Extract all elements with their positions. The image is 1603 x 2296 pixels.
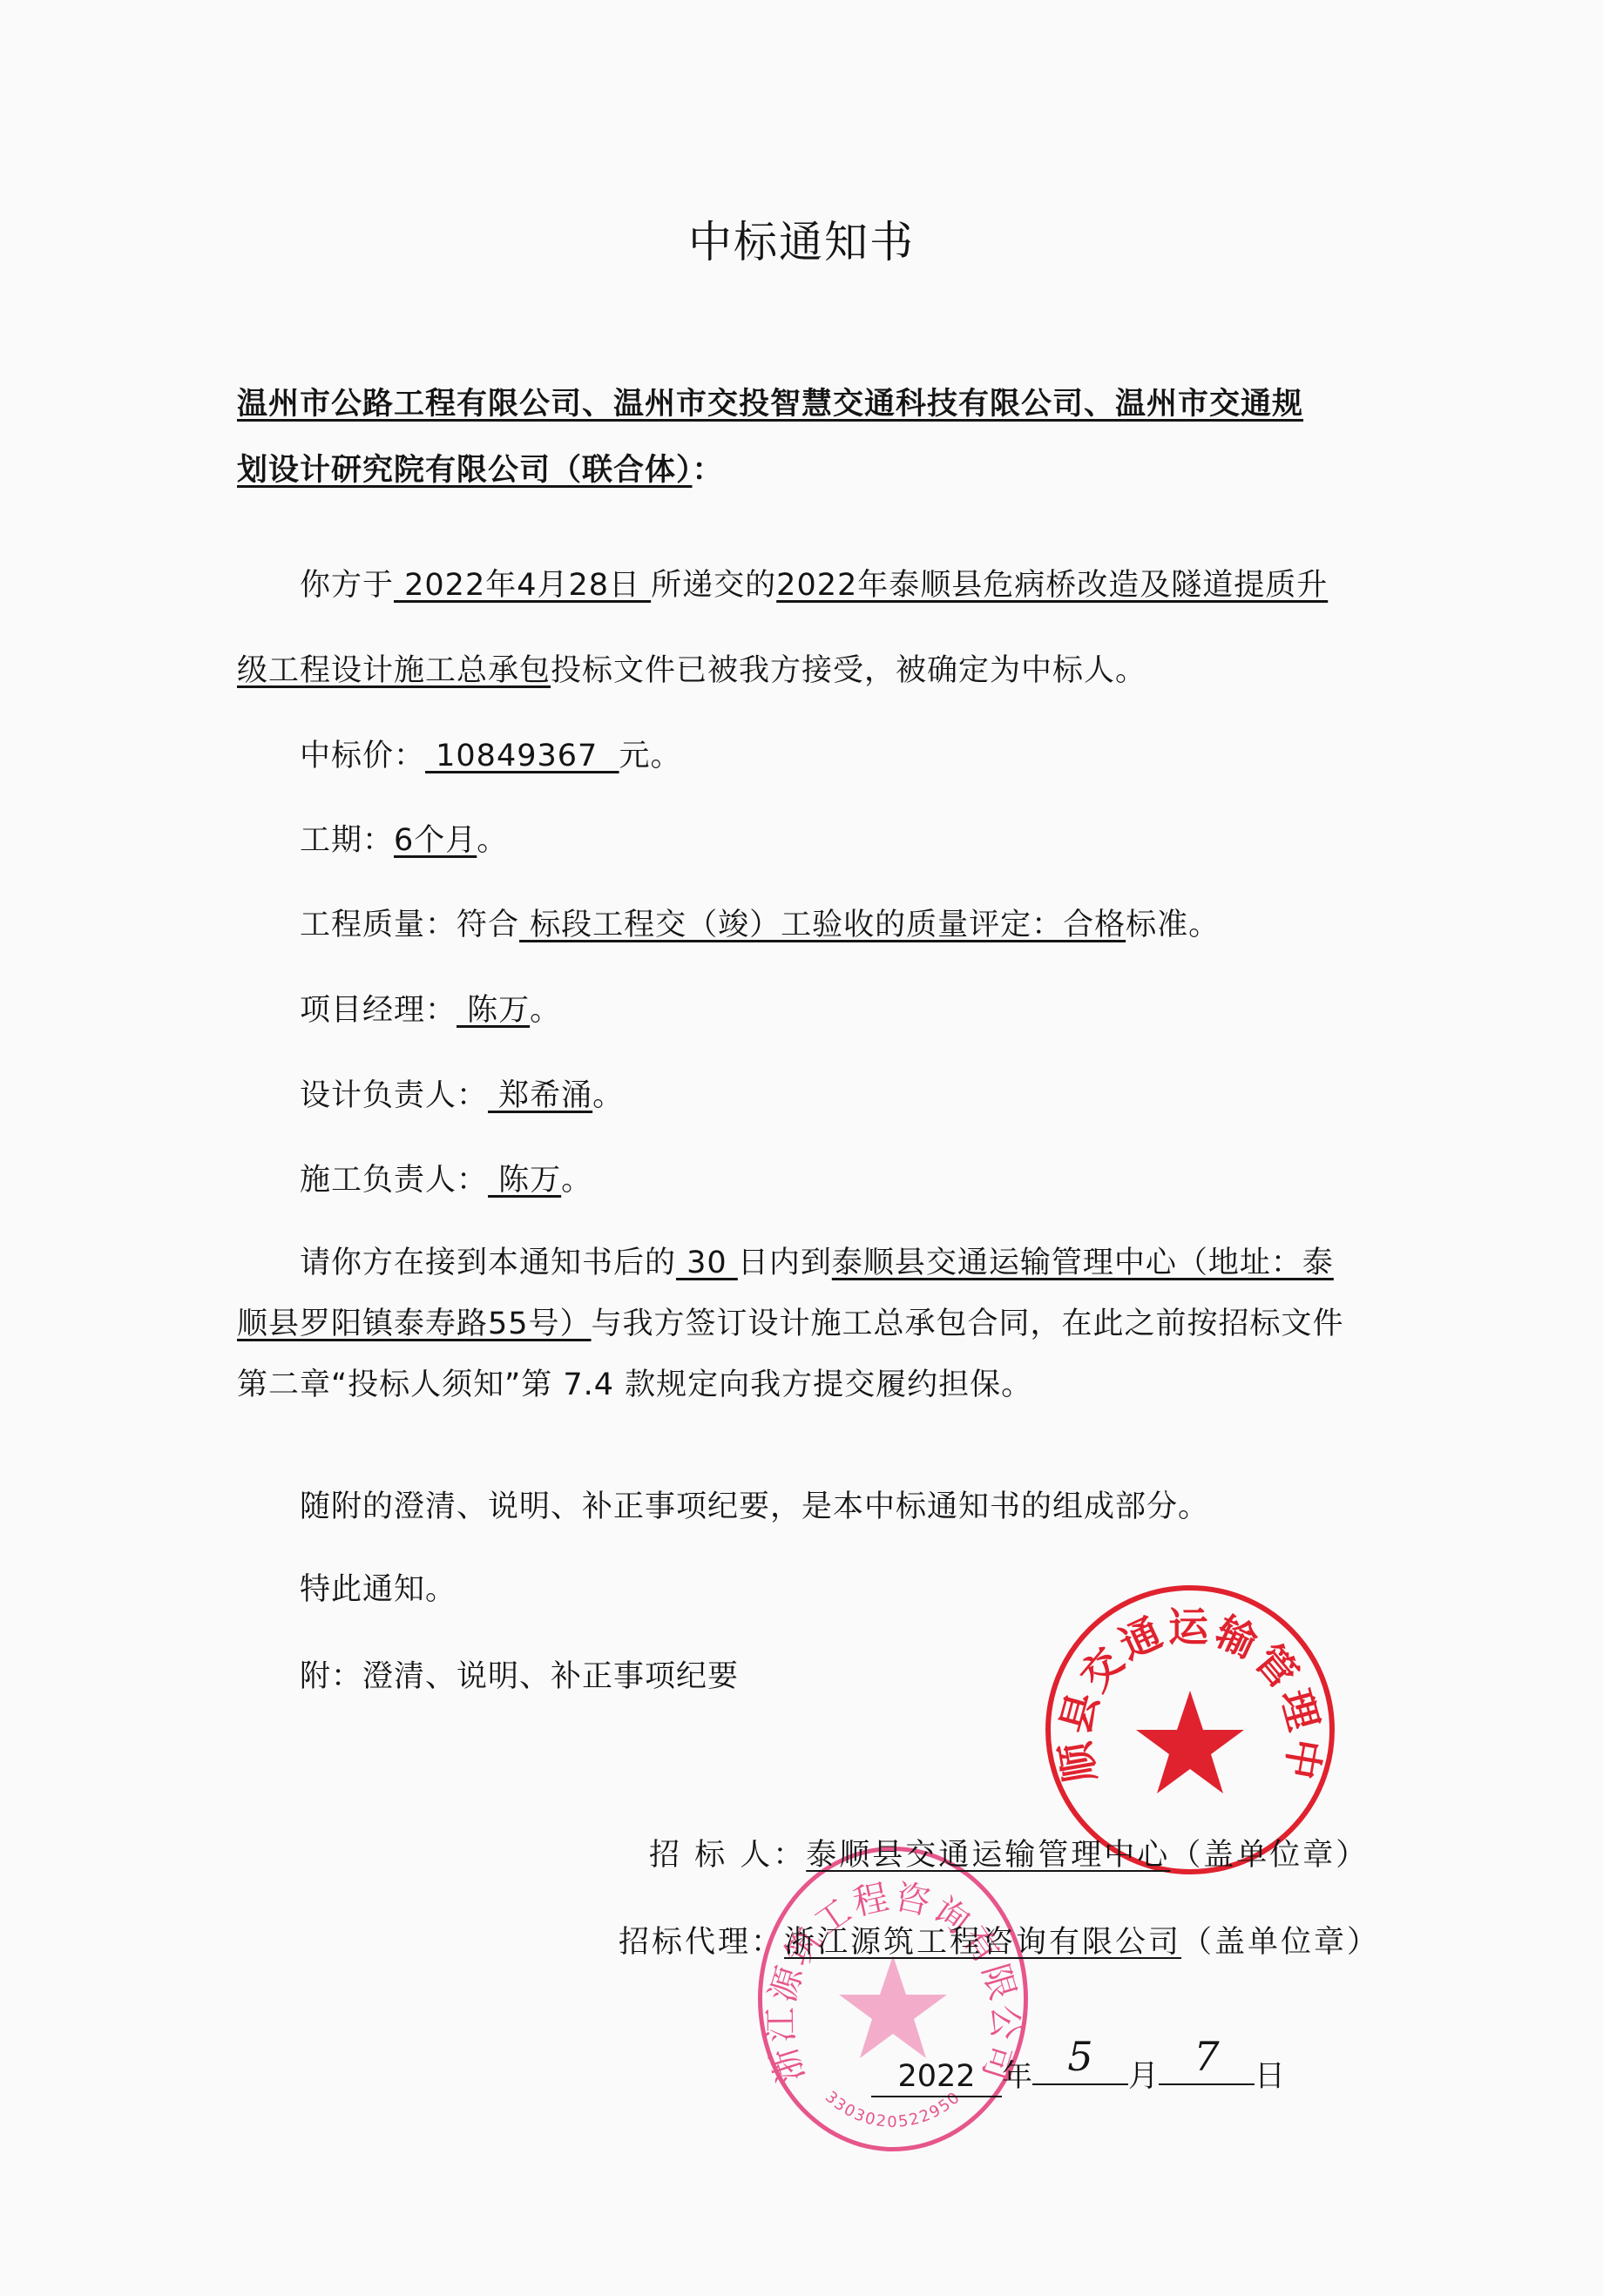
design-lead-suffix: 。 [592, 1078, 624, 1113]
agent-name: 浙江源筑工程咨询有限公司 [784, 1925, 1181, 1960]
addressee-name-part1: 温州市公路工程有限公司、温州市交投智慧交通科技有限公司、温州市交通规 [237, 387, 1303, 422]
seal-star-icon: 浙江源筑工程咨询有限公司 3303020522950 [762, 1851, 1024, 2147]
bid-price-line: 中标价： 10849367 元。 [300, 737, 682, 775]
bid-price-unit: 元。 [619, 739, 682, 773]
construction-lead-line: 施工负责人： 陈万。 [300, 1161, 592, 1199]
seal-star-icon: 泰顺县交通运输管理中心 [1051, 1590, 1329, 1869]
p1-suffix: 投标文件已被我方接受，被确定为中标人。 [551, 653, 1146, 688]
date-year-unit: 年 [1002, 2059, 1032, 2094]
tenderer-seal-note: （盖单位章） [1170, 1838, 1369, 1873]
duration-suffix: 。 [477, 823, 508, 858]
project-name-part1: 2022年泰顺县危病桥改造及隧道提质升 [776, 568, 1328, 603]
project-manager-value: 陈万 [457, 993, 530, 1028]
addressee-line-1: 温州市公路工程有限公司、温州市交投智慧交通科技有限公司、温州市交通规 [237, 385, 1303, 423]
tenderer-line: 招 标 人：泰顺县交通运输管理中心（盖单位章） [649, 1836, 1369, 1874]
date-line: 2022年5月7日 [871, 2045, 1285, 2101]
p2-line2-suffix: 与我方签订设计施工总承包合同，在此之前按招标文件 [592, 1307, 1344, 1341]
design-lead-line: 设计负责人： 郑希涌。 [300, 1077, 624, 1115]
agent-seal-note: （盖单位章） [1181, 1925, 1380, 1960]
duration-label: 工期： [300, 823, 394, 858]
submit-date: 2022年4月28日 [394, 568, 651, 603]
date-month: 5 [1032, 2029, 1128, 2085]
contract-place-part2: 顺县罗阳镇泰寿路55号） [237, 1307, 592, 1341]
quality-label: 工程质量：符合 [300, 908, 519, 942]
attachment-line: 附：澄清、说明、补正事项纪要 [300, 1658, 739, 1696]
contract-place-part1: 泰顺县交通运输管理中心（地址：泰 [832, 1246, 1334, 1280]
date-day: 7 [1159, 2029, 1255, 2085]
duration-value: 6个月 [394, 823, 477, 858]
addressee-line-2: 划设计研究院有限公司（联合体）： [237, 451, 724, 490]
notice-page: 中标通知书 温州市公路工程有限公司、温州市交投智慧交通科技有限公司、温州市交通规… [0, 0, 1603, 2296]
p1-prefix: 你方于 [300, 568, 394, 603]
project-manager-line: 项目经理： 陈万。 [300, 991, 561, 1030]
tenderer-seal: 泰顺县交通运输管理中心 [1045, 1585, 1335, 1874]
bid-price-label: 中标价： [300, 739, 425, 773]
paragraph-3: 随附的澄清、说明、补正事项纪要，是本中标通知书的组成部分。 [300, 1488, 1209, 1526]
project-name-part2: 级工程设计施工总承包 [237, 653, 551, 688]
date-year: 2022 [871, 2057, 1002, 2097]
project-manager-label: 项目经理： [300, 993, 457, 1028]
paragraph-2-line-2: 顺县罗阳镇泰寿路55号）与我方签订设计施工总承包合同，在此之前按招标文件 [237, 1305, 1344, 1343]
paragraph-1-line-2: 级工程设计施工总承包投标文件已被我方接受，被确定为中标人。 [237, 652, 1146, 690]
design-lead-label: 设计负责人： [300, 1078, 488, 1113]
tenderer-label: 招 标 人： [649, 1838, 806, 1873]
project-manager-suffix: 。 [530, 993, 561, 1028]
quality-suffix: 标准。 [1126, 908, 1220, 942]
paragraph-1-line-1: 你方于 2022年4月28日 所递交的2022年泰顺县危病桥改造及隧道提质升 [300, 566, 1328, 604]
design-lead-value: 郑希涌 [488, 1078, 592, 1113]
tenderer-name: 泰顺县交通运输管理中心 [806, 1838, 1170, 1873]
bid-price-value: 10849367 [425, 739, 619, 773]
quality-line: 工程质量：符合 标段工程交（竣）工验收的质量评定：合格标准。 [300, 906, 1220, 944]
notice-closing: 特此通知。 [300, 1570, 457, 1609]
p2-prefix: 请你方在接到本通知书后的 [300, 1246, 676, 1280]
paragraph-2-line-1: 请你方在接到本通知书后的 30 日内到泰顺县交通运输管理中心（地址：泰 [300, 1244, 1334, 1282]
agent-seal: 浙江源筑工程咨询有限公司 3303020522950 [758, 1847, 1028, 2151]
date-day-unit: 日 [1255, 2059, 1285, 2094]
p2-mid: 日内到 [738, 1246, 832, 1280]
agent-line: 招标代理：浙江源筑工程咨询有限公司（盖单位章） [619, 1923, 1380, 1962]
construction-lead-value: 陈万 [488, 1163, 561, 1198]
agent-label: 招标代理： [619, 1925, 784, 1960]
date-month-unit: 月 [1128, 2059, 1159, 2094]
quality-value: 标段工程交（竣）工验收的质量评定：合格 [519, 908, 1126, 942]
construction-lead-suffix: 。 [561, 1163, 592, 1198]
contract-days: 30 [676, 1246, 738, 1280]
p1-mid: 所递交的 [651, 568, 776, 603]
construction-lead-label: 施工负责人： [300, 1163, 488, 1198]
duration-line: 工期：6个月。 [300, 821, 508, 860]
addressee-colon: ： [693, 453, 724, 488]
page-title: 中标通知书 [0, 207, 1603, 270]
addressee-name-part2: 划设计研究院有限公司（联合体） [237, 453, 693, 488]
paragraph-2-line-3: 第二章“投标人须知”第 7.4 款规定向我方提交履约担保。 [237, 1366, 1032, 1404]
